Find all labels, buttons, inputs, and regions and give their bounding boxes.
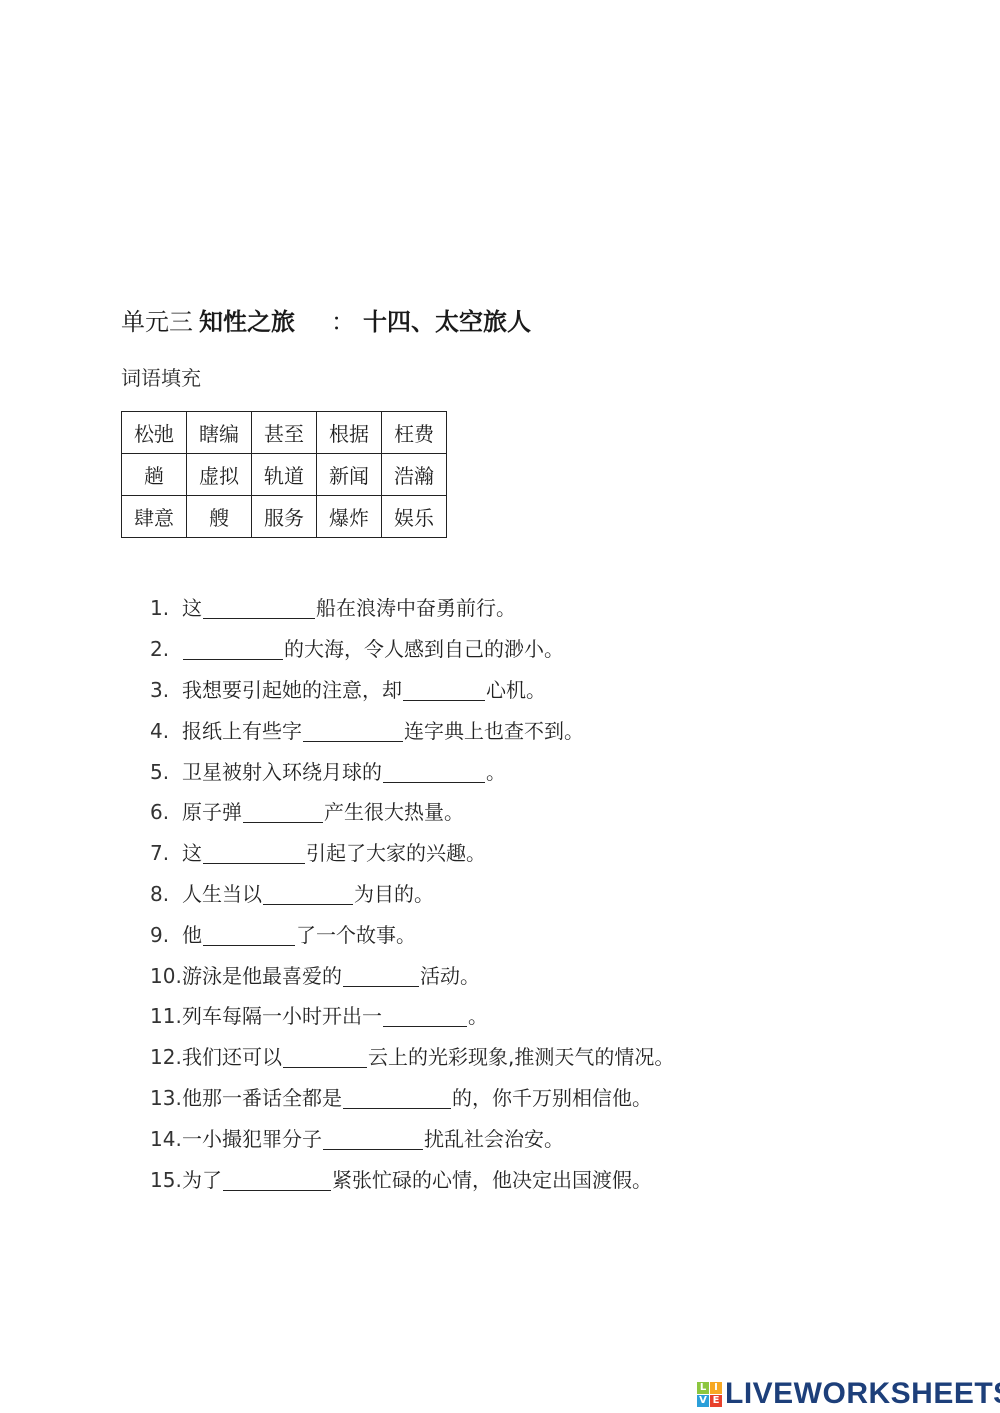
word-cell: 根据	[317, 412, 382, 454]
answer-blank[interactable]	[223, 1169, 331, 1191]
question-item: 13.他那一番话全都是的，你千万别相信他。	[150, 1078, 674, 1119]
question-item: 5.卫星被射入环绕月球的。	[150, 751, 674, 792]
question-text-before: 游泳是他最喜爱的	[182, 960, 342, 992]
brand-letter-block: V	[697, 1395, 709, 1407]
answer-blank[interactable]	[263, 883, 353, 905]
question-number: 6.	[150, 796, 182, 828]
word-bank-row: 趟 虚拟 轨道 新闻 浩瀚	[122, 454, 447, 496]
question-item: 9.他了一个故事。	[150, 914, 674, 955]
question-number: 11.	[150, 1000, 182, 1032]
title-colon: ：	[331, 308, 355, 336]
question-text-before: 原子弹	[182, 796, 242, 828]
question-text-after: 连字典上也查不到。	[404, 715, 584, 747]
answer-blank[interactable]	[203, 924, 295, 946]
brand-letter-block: E	[710, 1395, 722, 1407]
word-cell: 爆炸	[317, 496, 382, 538]
question-text-before: 他那一番话全都是	[182, 1082, 342, 1114]
question-item: 8.人生当以为目的。	[150, 874, 674, 915]
word-cell: 枉费	[382, 412, 447, 454]
brand-letter-block: I	[710, 1382, 722, 1394]
live-blocks-icon: LIVE	[697, 1382, 722, 1407]
word-cell: 娱乐	[382, 496, 447, 538]
question-text-after: 云上的光彩现象,推测天气的情况。	[368, 1041, 674, 1073]
word-cell: 新闻	[317, 454, 382, 496]
question-item: 6.原子弹产生很大热量。	[150, 792, 674, 833]
question-number: 1.	[150, 592, 182, 624]
word-cell: 浩瀚	[382, 454, 447, 496]
answer-blank[interactable]	[243, 801, 323, 823]
question-item: 10.游泳是他最喜爱的活动。	[150, 955, 674, 996]
question-item: 15.为了紧张忙碌的心情，他决定出国渡假。	[150, 1159, 674, 1200]
word-cell: 服务	[252, 496, 317, 538]
question-text-after: 心机。	[486, 674, 546, 706]
question-text-before: 我们还可以	[182, 1041, 282, 1073]
word-cell: 艘	[187, 496, 252, 538]
question-item: 7.这引起了大家的兴趣。	[150, 833, 674, 874]
question-text-before: 一小撮犯罪分子	[182, 1123, 322, 1155]
word-cell: 肆意	[122, 496, 187, 538]
question-text-before: 列车每隔一小时开出一	[182, 1000, 382, 1032]
question-text-after: 。	[468, 1000, 488, 1032]
question-text-before: 为了	[182, 1164, 222, 1196]
question-number: 14.	[150, 1123, 182, 1155]
question-text-after: 产生很大热量。	[324, 796, 464, 828]
question-text-after: 了一个故事。	[296, 919, 416, 951]
question-number: 2.	[150, 633, 182, 665]
answer-blank[interactable]	[203, 597, 315, 619]
brand-name: LIVEWORKSHEETS	[725, 1379, 1000, 1409]
answer-blank[interactable]	[403, 679, 485, 701]
question-item: 3.我想要引起她的注意，却心机。	[150, 670, 674, 711]
question-number: 10.	[150, 960, 182, 992]
question-number: 13.	[150, 1082, 182, 1114]
question-number: 12.	[150, 1041, 182, 1073]
question-number: 5.	[150, 756, 182, 788]
question-item: 2.的大海，令人感到自己的渺小。	[150, 629, 674, 670]
answer-blank[interactable]	[303, 720, 403, 742]
unit-label: 单元三	[121, 308, 193, 336]
word-bank-row: 肆意 艘 服务 爆炸 娱乐	[122, 496, 447, 538]
question-item: 12.我们还可以云上的光彩现象,推测天气的情况。	[150, 1037, 674, 1078]
answer-blank[interactable]	[323, 1128, 423, 1150]
question-item: 4.报纸上有些字连字典上也查不到。	[150, 710, 674, 751]
question-text-after: 活动。	[420, 960, 480, 992]
question-text-before: 卫星被射入环绕月球的	[182, 756, 382, 788]
worksheet-title: 单元三知性之旅：十四、太空旅人	[121, 306, 531, 338]
question-text-after: 扰乱社会治安。	[424, 1123, 564, 1155]
question-text-after: 为目的。	[354, 878, 434, 910]
answer-blank[interactable]	[383, 1005, 467, 1027]
word-cell: 趟	[122, 454, 187, 496]
question-number: 15.	[150, 1164, 182, 1196]
question-number: 8.	[150, 878, 182, 910]
word-cell: 甚至	[252, 412, 317, 454]
question-text-before: 这	[182, 837, 202, 869]
answer-blank[interactable]	[183, 638, 283, 660]
question-item: 14.一小撮犯罪分子扰乱社会治安。	[150, 1118, 674, 1159]
word-cell: 轨道	[252, 454, 317, 496]
word-bank-table: 松弛 瞎编 甚至 根据 枉费 趟 虚拟 轨道 新闻 浩瀚 肆意 艘 服务 爆炸 …	[121, 411, 447, 538]
answer-blank[interactable]	[383, 761, 485, 783]
question-number: 9.	[150, 919, 182, 951]
answer-blank[interactable]	[343, 965, 419, 987]
question-text-before: 他	[182, 919, 202, 951]
word-cell: 虚拟	[187, 454, 252, 496]
question-text-after: 的大海，令人感到自己的渺小。	[284, 633, 564, 665]
question-text-after: 引起了大家的兴趣。	[306, 837, 486, 869]
word-cell: 瞎编	[187, 412, 252, 454]
question-text-after: 船在浪涛中奋勇前行。	[316, 592, 516, 624]
lesson-label: 十四、太空旅人	[363, 308, 531, 336]
question-text-after: 的，你千万别相信他。	[452, 1082, 652, 1114]
question-number: 4.	[150, 715, 182, 747]
question-text-before: 报纸上有些字	[182, 715, 302, 747]
question-text-before: 人生当以	[182, 878, 262, 910]
question-text-after: 。	[486, 756, 506, 788]
question-number: 7.	[150, 837, 182, 869]
answer-blank[interactable]	[343, 1087, 451, 1109]
section-title: 词语填充	[121, 364, 201, 392]
question-item: 11.列车每隔一小时开出一。	[150, 996, 674, 1037]
question-list: 1.这船在浪涛中奋勇前行。2.的大海，令人感到自己的渺小。3.我想要引起她的注意…	[150, 588, 674, 1200]
question-number: 3.	[150, 674, 182, 706]
word-bank-row: 松弛 瞎编 甚至 根据 枉费	[122, 412, 447, 454]
question-text-before: 这	[182, 592, 202, 624]
word-cell: 松弛	[122, 412, 187, 454]
liveworksheets-logo: LIVE LIVEWORKSHEETS	[697, 1379, 1000, 1409]
answer-blank[interactable]	[283, 1046, 367, 1068]
question-text-before: 我想要引起她的注意，却	[182, 674, 402, 706]
answer-blank[interactable]	[203, 842, 305, 864]
brand-letter-block: L	[697, 1382, 709, 1394]
question-item: 1.这船在浪涛中奋勇前行。	[150, 588, 674, 629]
question-text-after: 紧张忙碌的心情，他决定出国渡假。	[332, 1164, 652, 1196]
theme-label: 知性之旅	[199, 308, 295, 336]
